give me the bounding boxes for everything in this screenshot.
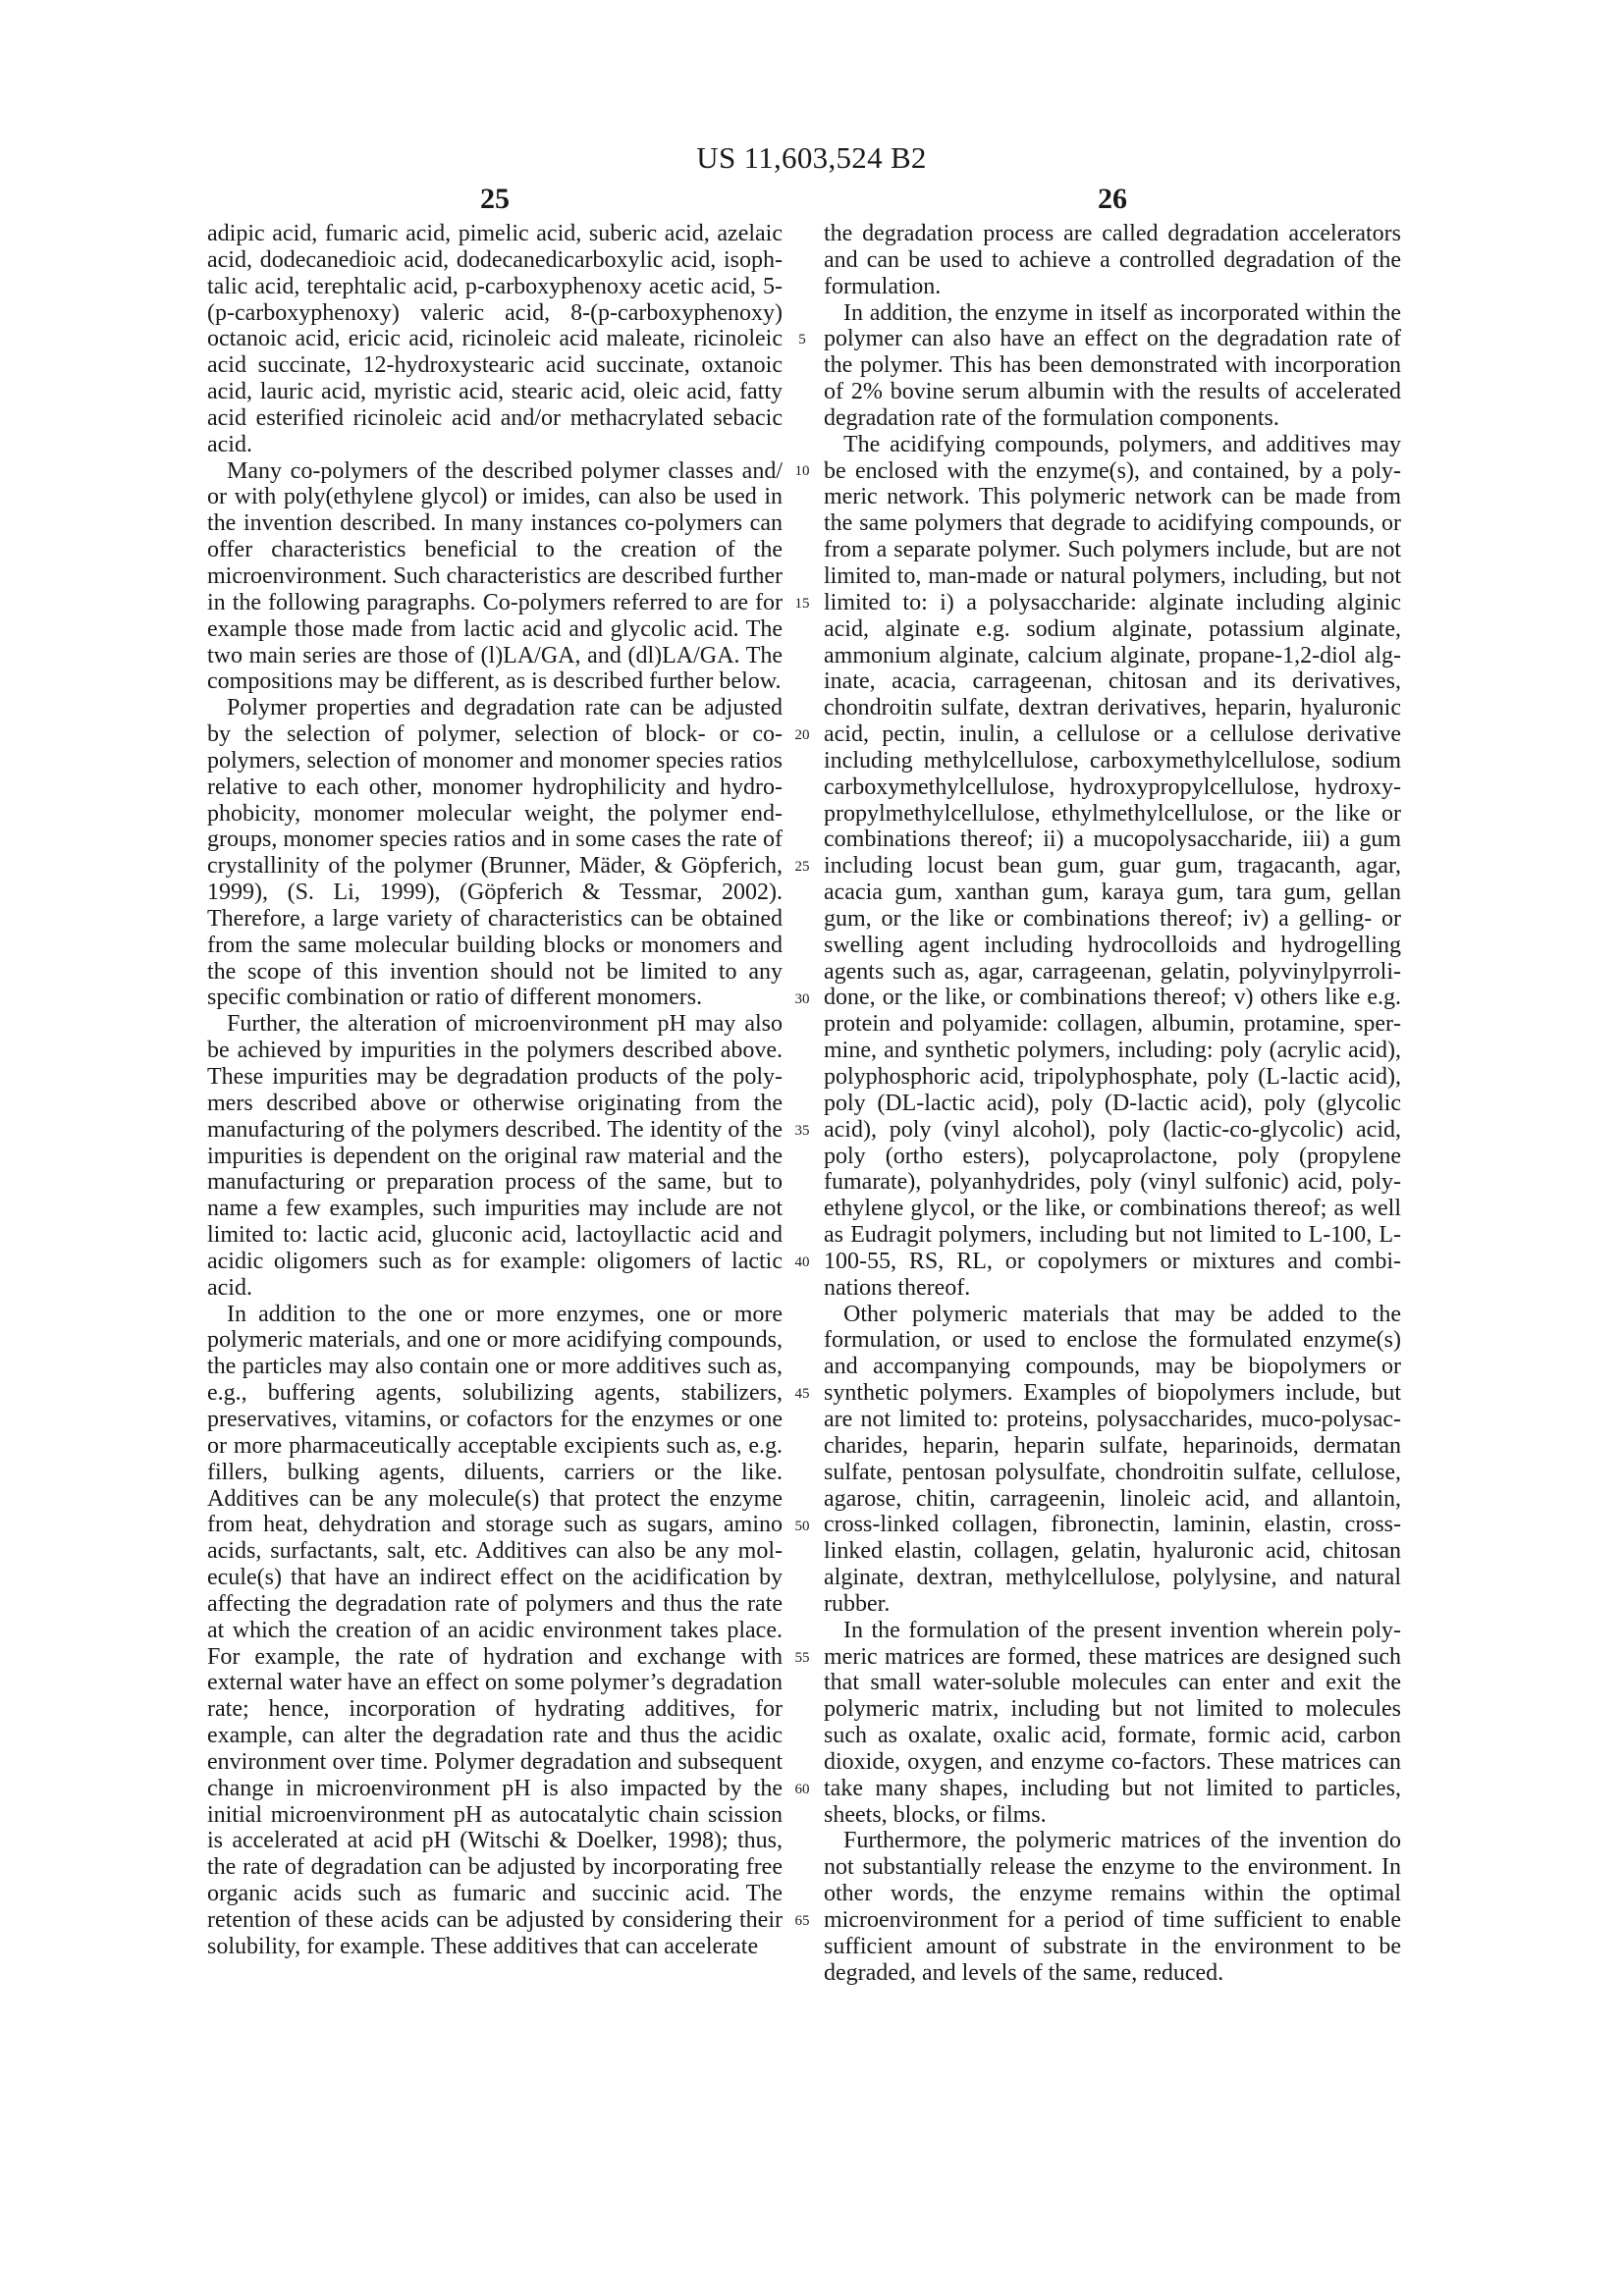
paragraph: Polymer properties and degradation rate … bbox=[207, 695, 783, 1011]
line-number: 55 bbox=[787, 1650, 817, 1666]
line-number: 50 bbox=[787, 1519, 817, 1534]
paragraph: Further, the alteration of microenvironm… bbox=[207, 1011, 783, 1301]
right-column: the degradation process are called degra… bbox=[824, 221, 1401, 1987]
line-number: 15 bbox=[787, 596, 817, 612]
page-number-right: 26 bbox=[824, 183, 1401, 216]
line-number: 25 bbox=[787, 859, 817, 875]
paragraph: Many co-polymers of the described polyme… bbox=[207, 458, 783, 696]
paragraph: Furthermore, the polymeric matrices of t… bbox=[824, 1828, 1401, 1986]
left-column: adipic acid, fumaric acid, pimelic acid,… bbox=[207, 221, 783, 1960]
line-number: 45 bbox=[787, 1386, 817, 1402]
line-number: 5 bbox=[787, 332, 817, 347]
paragraph: In addition, the enzyme in itself as inc… bbox=[824, 300, 1401, 432]
paragraph: adipic acid, fumaric acid, pimelic acid,… bbox=[207, 221, 783, 458]
line-number: 35 bbox=[787, 1123, 817, 1139]
patent-number: US 11,603,524 B2 bbox=[0, 140, 1623, 176]
line-number: 65 bbox=[787, 1913, 817, 1929]
line-number: 10 bbox=[787, 463, 817, 479]
paragraph: In the formulation of the present invent… bbox=[824, 1618, 1401, 1829]
line-number: 20 bbox=[787, 727, 817, 743]
paragraph: The acidifying compounds, polymers, and … bbox=[824, 432, 1401, 1302]
line-number: 60 bbox=[787, 1782, 817, 1797]
line-number: 30 bbox=[787, 991, 817, 1007]
paragraph: In addition to the one or more enzymes, … bbox=[207, 1302, 783, 1960]
paragraph: the degradation process are called degra… bbox=[824, 221, 1401, 300]
line-number: 40 bbox=[787, 1255, 817, 1270]
paragraph: Other polymeric materials that may be ad… bbox=[824, 1302, 1401, 1618]
page-number-left: 25 bbox=[207, 183, 783, 216]
